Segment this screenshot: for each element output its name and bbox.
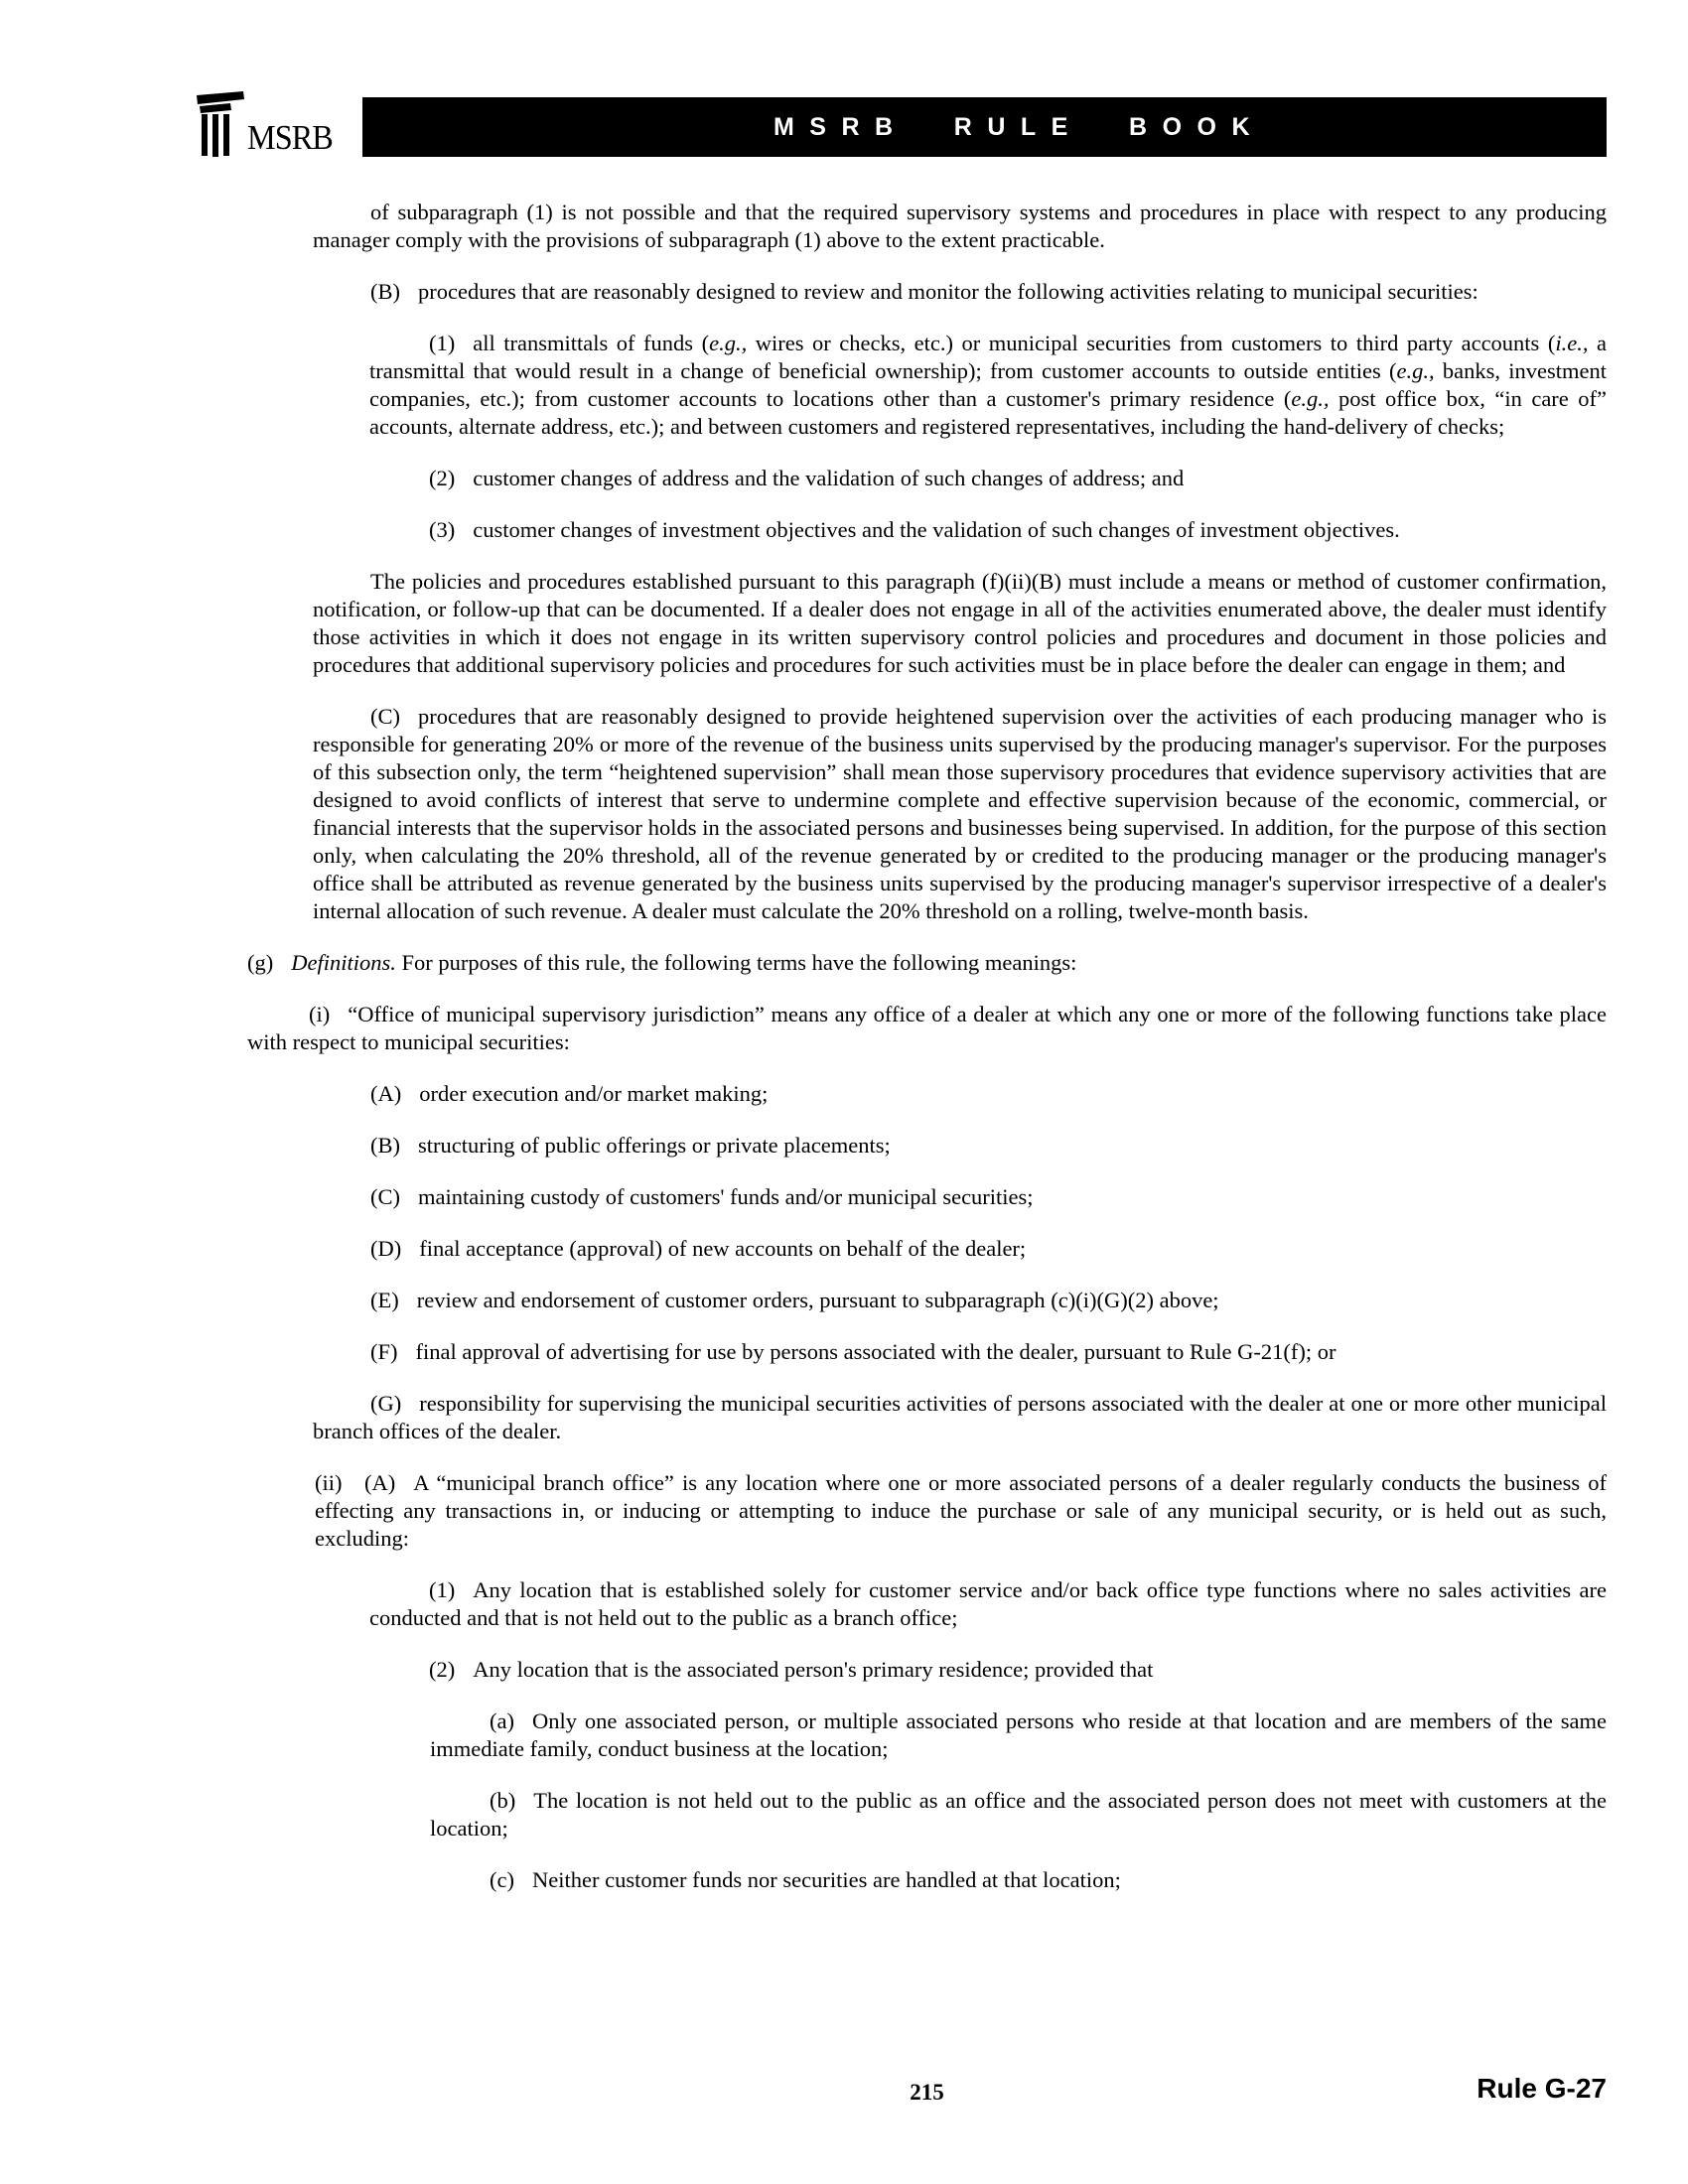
paragraph: of subparagraph (1) is not possible and … <box>313 199 1607 254</box>
paragraph-label: (1) <box>429 1577 455 1602</box>
paragraph-label: (2) <box>429 1657 455 1682</box>
msrb-logo: MSRB <box>197 91 340 157</box>
paragraph-label: (G) <box>370 1391 401 1416</box>
paragraph: (B)procedures that are reasonably design… <box>313 278 1607 306</box>
paragraph: (D)final acceptance (approval) of new ac… <box>313 1235 1607 1263</box>
paragraph-label: (A) <box>370 1081 401 1106</box>
msrb-logo-text: MSRB <box>247 120 333 155</box>
paragraph-label: (ii) (A) <box>315 1470 395 1495</box>
paragraph: (1)all transmittals of funds (e.g., wire… <box>369 330 1607 441</box>
paragraph: (G)responsibility for supervising the mu… <box>313 1390 1607 1445</box>
paragraph-label: (i) <box>309 1002 330 1026</box>
paragraph: (g)Definitions. For purposes of this rul… <box>247 949 1607 977</box>
paragraph-label: (g) <box>247 950 273 975</box>
paragraph: (E)review and endorsement of customer or… <box>313 1287 1607 1314</box>
paragraph-label: (1) <box>429 331 455 355</box>
paragraph-label: (B) <box>370 1133 400 1158</box>
paragraph: (c)Neither customer funds nor securities… <box>430 1866 1607 1894</box>
paragraph: (a)Only one associated person, or multip… <box>430 1707 1607 1763</box>
paragraph-label: (b) <box>490 1788 515 1813</box>
paragraph-label: (C) <box>370 1184 400 1209</box>
paragraph-label: (c) <box>490 1867 514 1892</box>
paragraph: (3)customer changes of investment object… <box>369 516 1607 544</box>
page-number: 215 <box>247 2081 1607 2104</box>
paragraph-label: (a) <box>490 1708 514 1733</box>
paragraph: (A)order execution and/or market making; <box>313 1080 1607 1108</box>
rule-book-banner: MSRB RULE BOOK <box>362 97 1607 157</box>
rule-number-label: Rule G-27 <box>1477 2075 1607 2103</box>
document-page: MSRB MSRB RULE BOOK of subparagraph (1) … <box>0 0 1688 2184</box>
paragraph-label: (3) <box>429 517 455 542</box>
paragraph: (B)structuring of public offerings or pr… <box>313 1132 1607 1160</box>
paragraph: (1)Any location that is established sole… <box>369 1576 1607 1632</box>
paragraph-label: (E) <box>370 1288 399 1312</box>
paragraph-label: (D) <box>370 1236 401 1261</box>
paragraph-label: (F) <box>370 1339 398 1364</box>
document-body: of subparagraph (1) is not possible and … <box>247 199 1607 1894</box>
paragraph-label: (C) <box>370 704 400 729</box>
paragraph: (b)The location is not held out to the p… <box>430 1787 1607 1843</box>
banner-title: MSRB RULE BOOK <box>774 113 1265 142</box>
paragraph: (i)“Office of municipal supervisory juri… <box>247 1001 1607 1056</box>
paragraph: (C)maintaining custody of customers' fun… <box>313 1183 1607 1211</box>
paragraph: (F)final approval of advertising for use… <box>313 1338 1607 1366</box>
paragraph: (C)procedures that are reasonably design… <box>313 703 1607 925</box>
paragraph: The policies and procedures established … <box>313 568 1607 679</box>
paragraph: (ii) (A)A “municipal branch office” is a… <box>315 1469 1607 1553</box>
paragraph: (2)Any location that is the associated p… <box>369 1656 1607 1684</box>
paragraph-label: (2) <box>429 466 455 490</box>
paragraph-label: (B) <box>370 279 400 304</box>
paragraph: (2)customer changes of address and the v… <box>369 465 1607 492</box>
column-pillar-icon <box>197 91 246 157</box>
